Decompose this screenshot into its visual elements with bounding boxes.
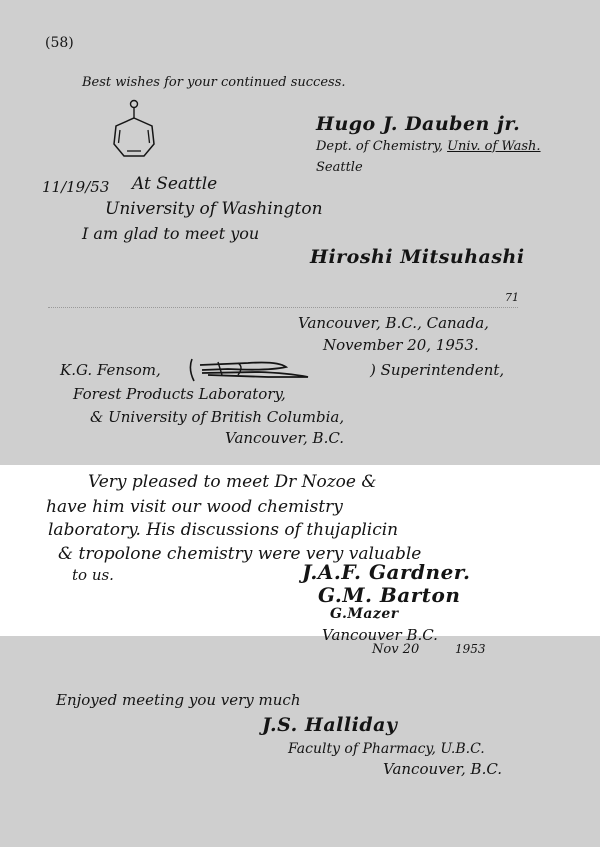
entry-3-org-line2: & University of British Columbia, — [90, 410, 344, 425]
tropone-structure-icon — [108, 98, 160, 160]
entry-2-place-line2: University of Washington — [105, 201, 323, 218]
entry-1-affiliation: Dept. of Chemistry,Univ. of Wash. — [316, 140, 541, 153]
entry-3-city: Vancouver, B.C. — [225, 431, 344, 446]
entry-2-place-line1: At Seattle — [132, 176, 217, 193]
entry-4-message-line: Very pleased to meet Dr Nozoe & — [88, 474, 377, 491]
entry-1-affiliation-univ: Univ. of Wash. — [447, 139, 540, 154]
entry-4-city: Vancouver B.C. — [322, 628, 438, 643]
page-number: (58) — [45, 36, 74, 50]
entry-4-date: Nov 20 — [372, 643, 419, 656]
guestbook-page: (58) Best wishes for your continued succ… — [0, 0, 600, 847]
scribbled-signature-icon — [188, 355, 318, 383]
entry-1-message: Best wishes for your continued success. — [82, 76, 346, 89]
entry-4-year: 1953 — [455, 643, 486, 655]
entry-4-signature: G.Mazer — [330, 607, 399, 621]
entry-1-affiliation-prefix: Dept. of Chemistry, — [316, 139, 443, 154]
entry-2-message: I am glad to meet you — [82, 226, 259, 242]
dotted-separator — [48, 307, 518, 308]
entry-3-page-marker: 71 — [505, 292, 519, 303]
entry-4-message-line: have him visit our wood chemistry — [46, 499, 343, 516]
entry-3-org-line1: Forest Products Laboratory, — [73, 387, 286, 402]
entry-4-message-line: laboratory. His discussions of thujaplic… — [48, 522, 398, 539]
entry-5-city: Vancouver, B.C. — [383, 762, 502, 777]
entry-2-signature: Hiroshi Mitsuhashi — [310, 248, 525, 267]
entry-5-message: Enjoyed meeting you very much — [56, 693, 301, 708]
entry-1-signature: Hugo J. Dauben jr. — [316, 115, 520, 134]
entry-3-title: ) Superintendent, — [370, 363, 504, 378]
entry-4-message-line: to us. — [72, 568, 114, 583]
entry-4-signature: J.A.F. Gardner. — [302, 562, 470, 582]
entry-3-location: Vancouver, B.C., Canada, — [298, 316, 489, 331]
entry-1-city: Seattle — [316, 161, 363, 174]
entry-3-date: November 20, 1953. — [323, 338, 479, 353]
entry-3-name: K.G. Fensom, — [60, 363, 161, 378]
entry-2-date: 11/19/53 — [42, 180, 109, 195]
entry-5-signature: J.S. Halliday — [262, 716, 397, 735]
entry-4-signature: G.M. Barton — [318, 585, 460, 605]
entry-5-affiliation: Faculty of Pharmacy, U.B.C. — [288, 742, 485, 756]
